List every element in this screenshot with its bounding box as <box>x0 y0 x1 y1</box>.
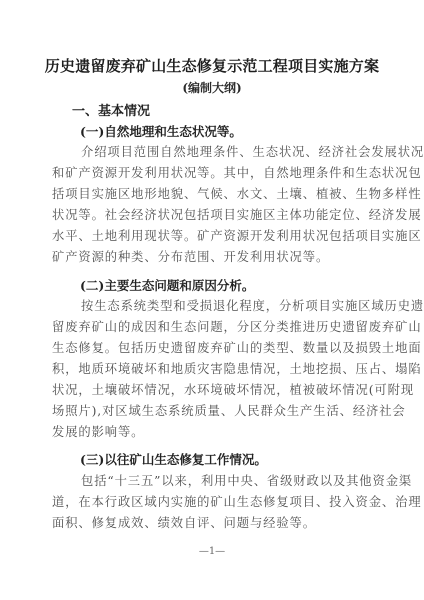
paragraph-line: 括项目实施区地形地貌、气候、水文、土壤、植被、生物多样性 <box>52 184 372 205</box>
paragraph-line: 发展的影响等。 <box>52 422 372 443</box>
paragraph-line: 状况，土壤破坏情况，水环境破坏情况，植被破坏情况(可附现 <box>52 380 372 401</box>
paragraph-line: 生态修复。包括历史遗留废弃矿山的类型、数量以及损毁土地面 <box>52 338 372 359</box>
paragraph-line: 状况等。社会经济状况包括项目实施区主体功能定位、经济发展 <box>52 205 372 226</box>
paragraph-line: 矿产资源的种类、分布范围、开发利用状况等。 <box>52 247 372 268</box>
paragraph-line: 留废弃矿山的成因和生态问题，分区分类推进历史遗留废弃矿山 <box>52 317 372 338</box>
document-page: 历史遗留废弃矿山生态修复示范工程项目实施方案 (编制大纲) 一、基本情况 (一)… <box>0 0 424 600</box>
paragraph-previous-work: 包括“十三五”以来，利用中央、省级财政以及其他资金渠 道，在本行政区域内实施的矿… <box>52 471 372 534</box>
paragraph-line: 水平、土地利用现状等。矿产资源开发利用状况包括项目实施区 <box>52 226 372 247</box>
paragraph-line: 场照片),对区域生态系统质量、人民群众生产生活、经济社会 <box>52 401 372 422</box>
paragraph-natural-geography: 介绍项目范围自然地理条件、生态状况、经济社会发展状况 和矿产资源开发利用状况等。… <box>52 142 372 268</box>
subsection-heading-natural-geography: (一)自然地理和生态状况等。 <box>80 122 242 140</box>
paragraph-line: 和矿产资源开发利用状况等。其中，自然地理条件和生态状况包 <box>52 163 372 184</box>
document-title: 历史遗留废弃矿山生态修复示范工程项目实施方案 <box>0 55 424 76</box>
paragraph-line: 面积、修复成效、绩效自评、问题与经验等。 <box>52 513 372 534</box>
paragraph-line: 道，在本行政区域内实施的矿山生态修复项目、投入资金、治理 <box>52 492 372 513</box>
paragraph-ecological-problems: 按生态系统类型和受损退化程度，分析项目实施区域历史遗 留废弃矿山的成因和生态问题… <box>52 296 372 443</box>
paragraph-line: 介绍项目范围自然地理条件、生态状况、经济社会发展状况 <box>52 142 372 163</box>
page-number: —1— <box>0 546 424 557</box>
subsection-heading-ecological-problems: (二)主要生态问题和原因分析。 <box>80 276 254 294</box>
paragraph-line: 按生态系统类型和受损退化程度，分析项目实施区域历史遗 <box>52 296 372 317</box>
document-subtitle: (编制大纲) <box>0 79 424 96</box>
paragraph-line: 包括“十三五”以来，利用中央、省级财政以及其他资金渠 <box>52 471 372 492</box>
paragraph-line: 积，地质环境破坏和地质灾害隐患情况，土地挖损、压占、塌陷 <box>52 359 372 380</box>
subsection-heading-previous-work: (三)以往矿山生态修复工作情况。 <box>80 450 267 468</box>
section-heading-basic-info: 一、基本情况 <box>72 100 150 119</box>
